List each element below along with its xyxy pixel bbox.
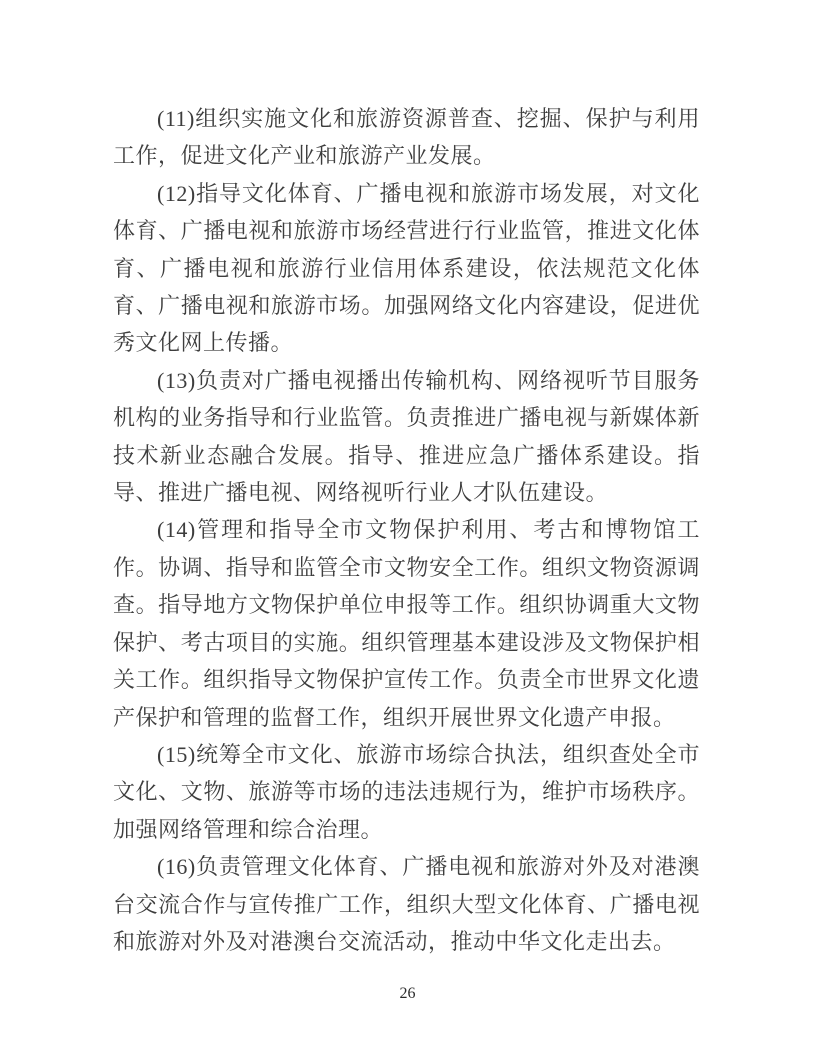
- paragraph-item-16: (16)负责管理文化体育、广播电视和旅游对外及对港澳台交流合作与宣传推广工作，组…: [113, 848, 700, 960]
- paragraph-item-14: (14)管理和指导全市文物保护利用、考古和博物馆工作。协调、指导和监管全市文物安…: [113, 511, 700, 735]
- paragraph-item-12: (12)指导文化体育、广播电视和旅游市场发展，对文化体育、广播电视和旅游市场经营…: [113, 175, 700, 362]
- paragraph-item-13: (13)负责对广播电视播出传输机构、网络视听节目服务机构的业务指导和行业监管。负…: [113, 362, 700, 512]
- paragraph-item-11: (11)组织实施文化和旅游资源普查、挖掘、保护与利用工作，促进文化产业和旅游产业…: [113, 100, 700, 175]
- page-number: 26: [400, 985, 416, 1002]
- paragraph-item-15: (15)统筹全市文化、旅游市场综合执法，组织查处全市文化、文物、旅游等市场的违法…: [113, 736, 700, 848]
- document-page: (11)组织实施文化和旅游资源普查、挖掘、保护与利用工作，促进文化产业和旅游产业…: [0, 0, 815, 1055]
- document-body: (11)组织实施文化和旅游资源普查、挖掘、保护与利用工作，促进文化产业和旅游产业…: [113, 100, 700, 960]
- page-footer: 26: [0, 985, 815, 1003]
